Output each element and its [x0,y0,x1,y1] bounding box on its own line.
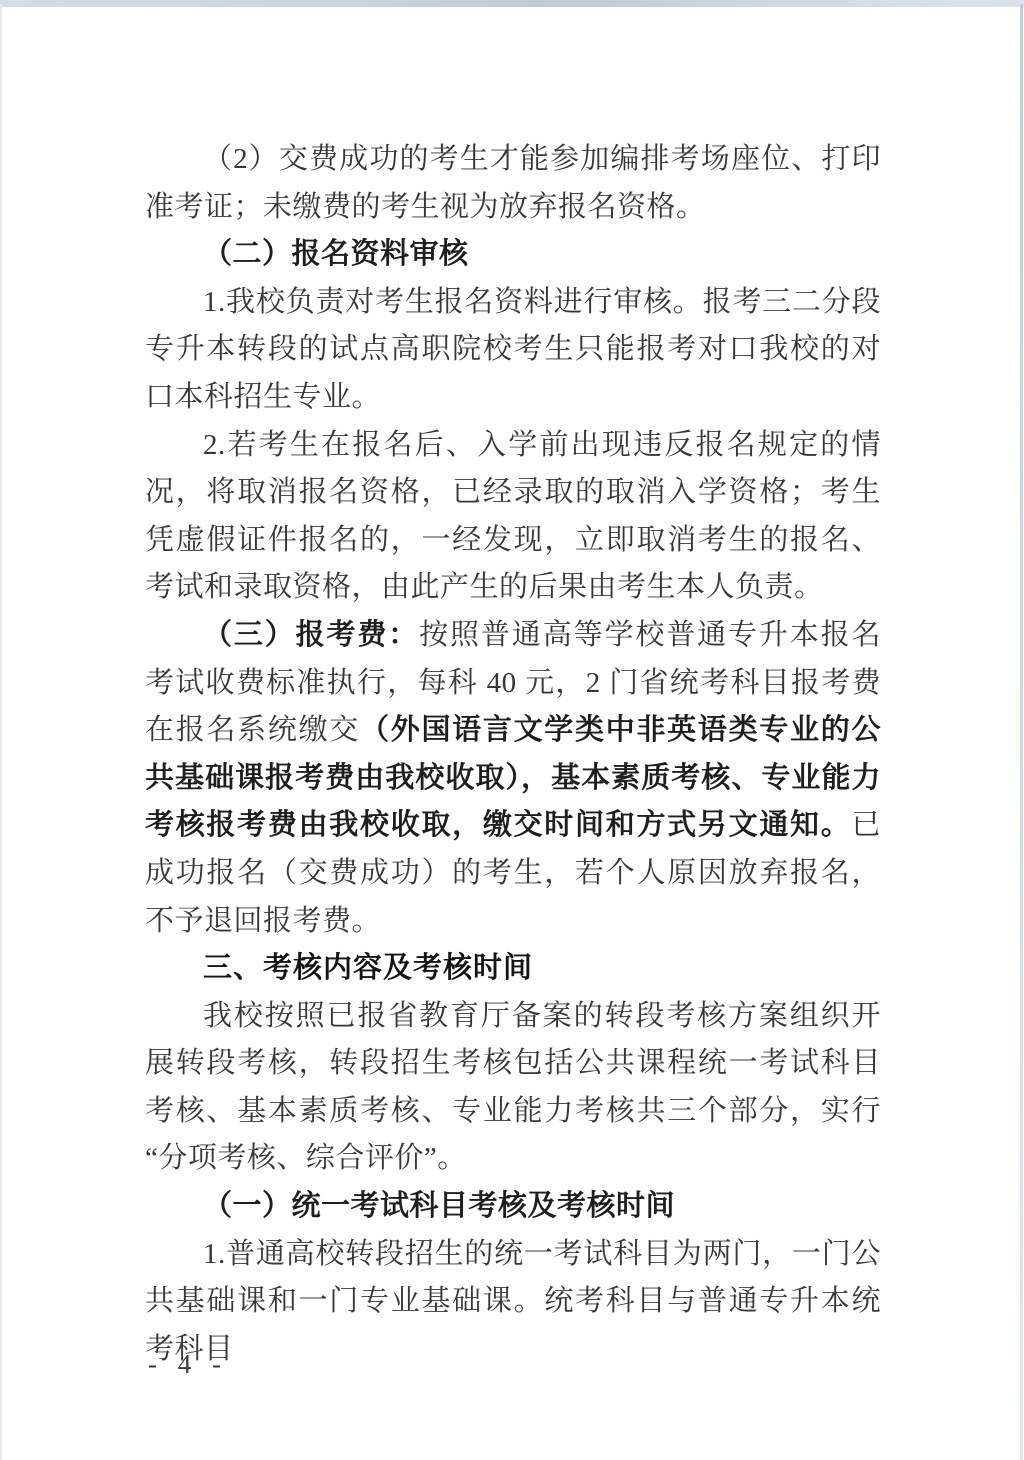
scan-edge-right-line [1020,4,1023,1460]
heading-unified-exam-text: （一）统一考试科目考核及考核时间 [203,1190,675,1222]
heading-assessment-text: 三、考核内容及考核时间 [203,952,533,984]
paragraph-review-item1: 1.我校负责对考生报名资料进行审核。报考三二分段专升本转段的试点高职院校考生只能… [145,279,881,422]
exam-fee-label: （三）报考费： [203,619,419,651]
heading-material-review-text: （二）报名资料审核 [203,238,469,270]
scan-edge-left-line [0,4,2,1460]
paragraph-payment-success-text: （2）交费成功的考生才能参加编排考场座位、打印准考证；未缴费的考生视为放弃报名资… [145,143,881,223]
paragraph-assessment-overview-text: 我校按照已报省教育厅备案的转段考核方案组织开展转段考核，转段招生考核包括公共课程… [145,1000,881,1175]
paragraph-review-item2-text: 2.若考生在报名后、入学前出现违反报名规定的情况，将取消报名资格，已经录取的取消… [145,429,881,604]
heading-unified-exam: （一）统一考试科目考核及考核时间 [145,1183,881,1231]
scan-edge-top-strip [0,0,1024,7]
heading-assessment: 三、考核内容及考核时间 [145,945,881,993]
paragraph-review-item1-text: 1.我校负责对考生报名资料进行审核。报考三二分段专升本转段的试点高职院校考生只能… [145,286,881,413]
page-number: - 4 - [148,1344,228,1384]
paragraph-payment-success: （2）交费成功的考生才能参加编排考场座位、打印准考证；未缴费的考生视为放弃报名资… [145,136,881,231]
document-text-block: （2）交费成功的考生才能参加编排考场座位、打印准考证；未缴费的考生视为放弃报名资… [145,136,881,1373]
scanned-document-page: { "page": { "number_label": "- 4 -", "ba… [0,0,1024,1460]
paragraph-unified-exam-text: 1.普通高校转段招生的统一考试科目为两门，一门公共基础课和一门专业基础课。统考科… [145,1238,881,1365]
paragraph-unified-exam: 1.普通高校转段招生的统一考试科目为两门，一门公共基础课和一门专业基础课。统考科… [145,1231,881,1374]
heading-material-review: （二）报名资料审核 [145,231,881,279]
paragraph-review-item2: 2.若考生在报名后、入学前出现违反报名规定的情况，将取消报名资格，已经录取的取消… [145,422,881,612]
paragraph-exam-fee: （三）报考费：按照普通高等学校普通专升本报名考试收费标准执行，每科 40 元，2… [145,612,881,945]
paragraph-assessment-overview: 我校按照已报省教育厅备案的转段考核方案组织开展转段考核，转段招生考核包括公共课程… [145,993,881,1183]
